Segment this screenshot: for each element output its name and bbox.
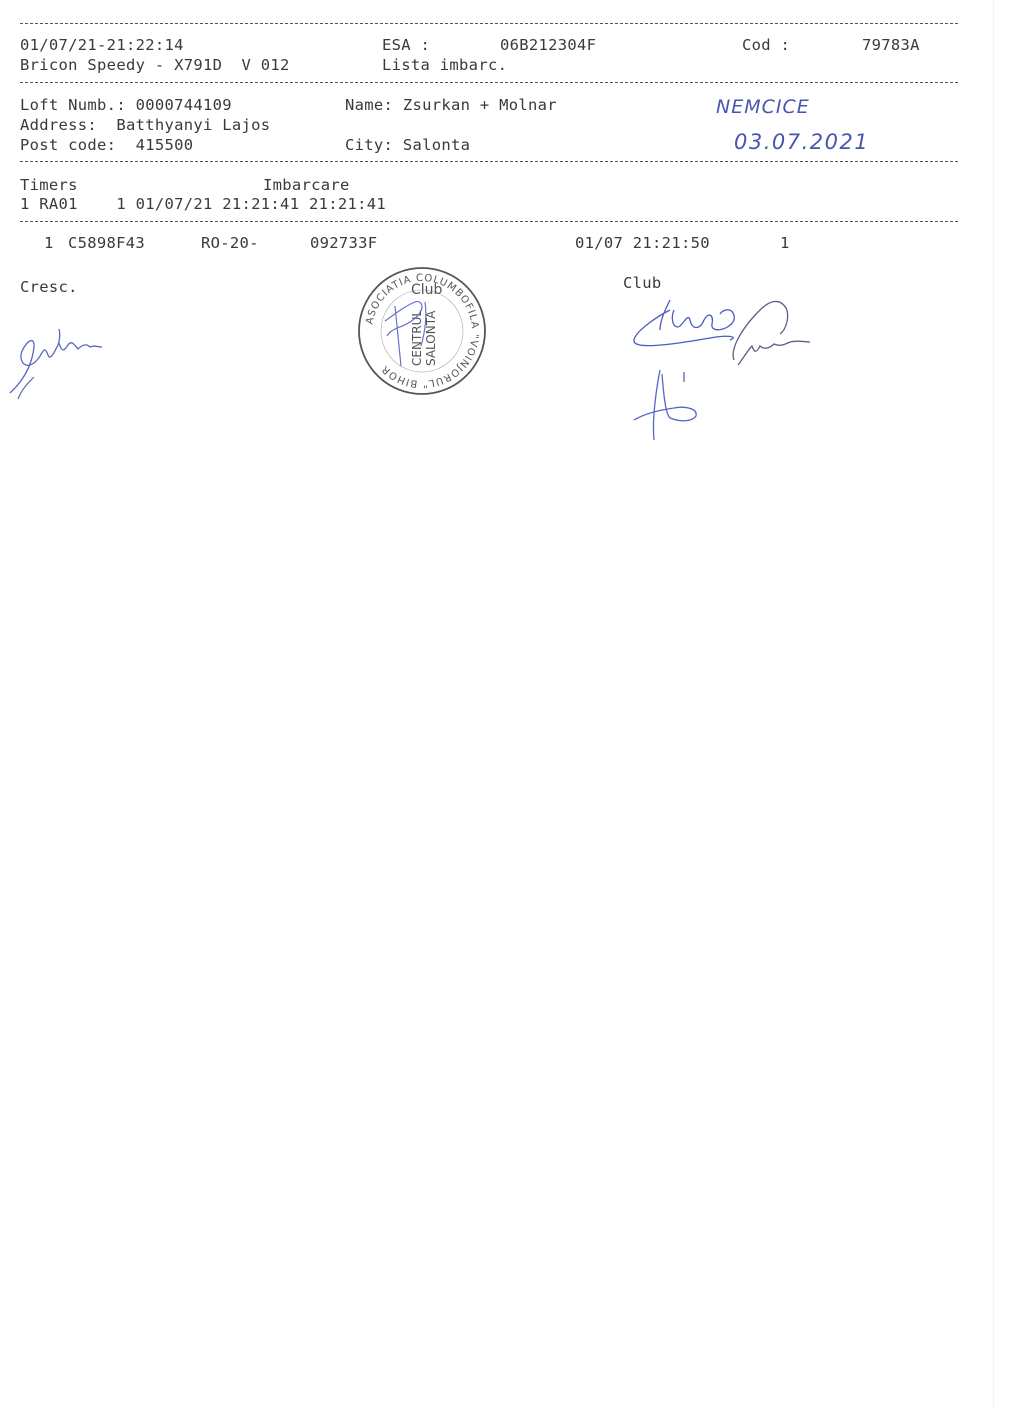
club-stamp: ASOCIATIA COLUMBOFILA "VOINJORUL" BIHOR … xyxy=(355,266,489,396)
club-signatures xyxy=(630,290,830,450)
esa-value: 06B212304F xyxy=(500,36,596,54)
fancier-signature-label: Cresc. xyxy=(20,278,78,296)
print-datetime: 01/07/21-21:22:14 xyxy=(20,36,184,54)
separator xyxy=(20,161,958,162)
fancier-name: Name: Zsurkan + Molnar xyxy=(345,96,557,114)
bird-time: 01/07 21:21:50 xyxy=(575,234,710,252)
address-label: Address: xyxy=(20,116,97,134)
loft-number: Loft Numb.: 0000744109 xyxy=(20,96,232,114)
bird-ring-prefix: RO-20- xyxy=(201,234,259,252)
loft-label: Loft Numb.: xyxy=(20,96,126,114)
device-info: Bricon Speedy - X791D V 012 xyxy=(20,56,290,74)
separator xyxy=(20,221,958,222)
bird-count: 1 xyxy=(780,234,790,252)
cod-label: Cod : xyxy=(742,36,790,54)
cod-value: 79783A xyxy=(862,36,920,54)
page-edge xyxy=(993,0,994,1408)
postcode-value: 415500 xyxy=(136,136,194,154)
postcode-label: Post code: xyxy=(20,136,116,154)
separator xyxy=(20,82,958,83)
address: Address: Batthyanyi Lajos xyxy=(20,116,270,134)
fancier-signature xyxy=(4,325,114,400)
esa-label: ESA : xyxy=(382,36,430,54)
post-code: Post code: 415500 xyxy=(20,136,193,154)
name-value: Zsurkan + Molnar xyxy=(403,96,557,114)
bird-index: 1 xyxy=(44,234,54,252)
separator xyxy=(20,23,958,24)
address-value: Batthyanyi Lajos xyxy=(116,116,270,134)
name-label: Name: xyxy=(345,96,393,114)
loft-value: 0000744109 xyxy=(136,96,232,114)
city-label: City: xyxy=(345,136,393,154)
list-type: Lista imbarc. xyxy=(382,56,507,74)
handwritten-location: NEMCICE xyxy=(716,96,810,118)
stamp-centrul: CENTRUL xyxy=(410,310,424,366)
city-value: Salonta xyxy=(403,136,470,154)
timers-column-imbarcare: Imbarcare xyxy=(263,176,350,194)
handwritten-date: 03.07.2021 xyxy=(734,130,869,154)
timers-title: Timers xyxy=(20,176,78,194)
city: City: Salonta xyxy=(345,136,470,154)
bird-ring-number: 092733F xyxy=(310,234,377,252)
stamp-club: Club xyxy=(411,282,443,298)
bird-chip: C5898F43 xyxy=(68,234,145,252)
timer-row: 1 RA01 1 01/07/21 21:21:41 21:21:41 xyxy=(20,195,386,213)
